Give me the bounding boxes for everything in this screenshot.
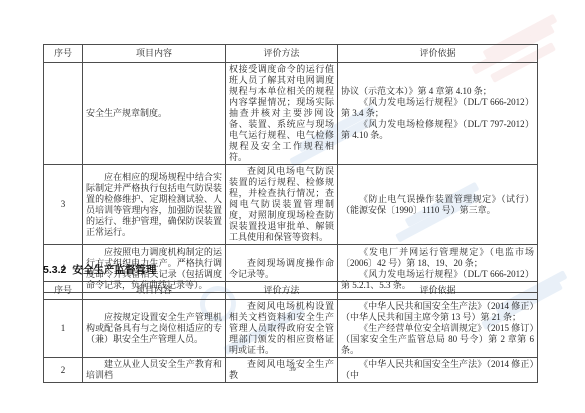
header-serial: 序号 — [44, 45, 83, 63]
header-basis: 评价依据 — [338, 282, 538, 300]
method-text: 查阅现场调度操作命令记录等。 — [229, 258, 334, 280]
header-content: 项目内容 — [83, 282, 226, 300]
basis-citation: 《中华人民共和国安全生产法》（2014 修正）（中华人民共和国主席令第 13 号… — [341, 301, 534, 323]
basis-cell: 《防止电气误操作装置管理规定》（试行）（能源安保〔1990〕1110 号）第三章… — [338, 165, 538, 245]
method-text: 查阅风电场机构设置相关文档资料和安全生产管理人员取得政府安全管理部门颁发的相应资… — [229, 301, 334, 356]
serial-cell: 1 — [44, 300, 83, 358]
method-cell: 查阅风电场机构设置相关文档资料和安全生产管理人员取得政府安全管理部门颁发的相应资… — [226, 300, 338, 358]
header-basis: 评价依据 — [338, 45, 538, 63]
table-header-row: 序号 项目内容 评价方法 评价依据 — [44, 45, 538, 63]
method-cell: 查阅风电场电气防误装置的运行规程、检修规程，并检查执行情况；查阅电气防误装置管理… — [226, 165, 338, 245]
basis-citation: 协议（示范文本）》第 4 章第 4.10 条； — [341, 86, 534, 97]
document-page: 序号 项目内容 评价方法 评价依据 安全生产规章制度。 权接受调度命令的运行值班… — [0, 0, 585, 413]
content-text: 应按规定设置安全生产管理机构或配备具有与之岗位相适应的专（兼）职安全生产管理人员… — [86, 312, 222, 345]
table-row: 1 应按规定设置安全生产管理机构或配备具有与之岗位相适应的专（兼）职安全生产管理… — [44, 300, 538, 358]
serial-cell: 3 — [44, 165, 83, 245]
basis-cell: 协议（示范文本）》第 4 章第 4.10 条； 《风力发电场运行规程》（DL/T… — [338, 63, 538, 165]
content-cell: 安全生产规章制度。 — [83, 63, 226, 165]
header-serial: 序号 — [44, 282, 83, 300]
content-text: 安全生产规章制度。 — [86, 108, 222, 119]
basis-citation: 《生产经营单位安全培训规定》（2015 修订）（国家安全生产监管总局 80 号令… — [341, 323, 534, 356]
header-method: 评价方法 — [226, 282, 338, 300]
evaluation-table-1: 序号 项目内容 评价方法 评价依据 安全生产规章制度。 权接受调度命令的运行值班… — [43, 44, 538, 293]
basis-citation: 《防止电气误操作装置管理规定》（试行）（能源安保〔1990〕1110 号）第三章… — [341, 194, 534, 216]
section-number: 5.3.2 — [43, 264, 66, 276]
basis-cell: 《中华人民共和国安全生产法》（2014 修正）（中华人民共和国主席令第 13 号… — [338, 300, 538, 358]
basis-citation: 《风力发电场检修规程》（DL/T 797-2012）第 4.10 条。 — [341, 119, 534, 141]
content-cell: 应在相应的现场规程中结合实际制定并严格执行包括电气防误装置的检修维护、定期检测试… — [83, 165, 226, 245]
section-title: 安全生产监督管理 — [72, 264, 156, 276]
content-cell: 应按规定设置安全生产管理机构或配备具有与之岗位相适应的专（兼）职安全生产管理人员… — [83, 300, 226, 358]
basis-citation: 《风力发电场运行规程》（DL/T 666-2012）第 3.4 条； — [341, 97, 534, 119]
section-heading: 5.3.2安全生产监督管理 — [43, 262, 156, 277]
header-content: 项目内容 — [83, 45, 226, 63]
basis-citation: 《发电厂并网运行管理规定》（电监市场〔2006〕42 号）第 18、19、20 … — [341, 247, 534, 269]
page-number: 39 — [0, 366, 585, 373]
method-text: 权接受调度命令的运行值班人员了解其对电网调度规程与本单位相关的规程内容掌握情况；… — [229, 64, 334, 163]
serial-cell — [44, 63, 83, 165]
content-text: 应在相应的现场规程中结合实际制定并严格执行包括电气防误装置的检修维护、定期检测试… — [86, 172, 222, 238]
table-row: 3 应在相应的现场规程中结合实际制定并严格执行包括电气防误装置的检修维护、定期检… — [44, 165, 538, 245]
table-header-row: 序号 项目内容 评价方法 评价依据 — [44, 282, 538, 300]
method-text: 查阅风电场电气防误装置的运行规程、检修规程，并检查执行情况；查阅电气防误装置管理… — [229, 166, 334, 243]
header-method: 评价方法 — [226, 45, 338, 63]
method-cell: 权接受调度命令的运行值班人员了解其对电网调度规程与本单位相关的规程内容掌握情况；… — [226, 63, 338, 165]
table-row: 安全生产规章制度。 权接受调度命令的运行值班人员了解其对电网调度规程与本单位相关… — [44, 63, 538, 165]
